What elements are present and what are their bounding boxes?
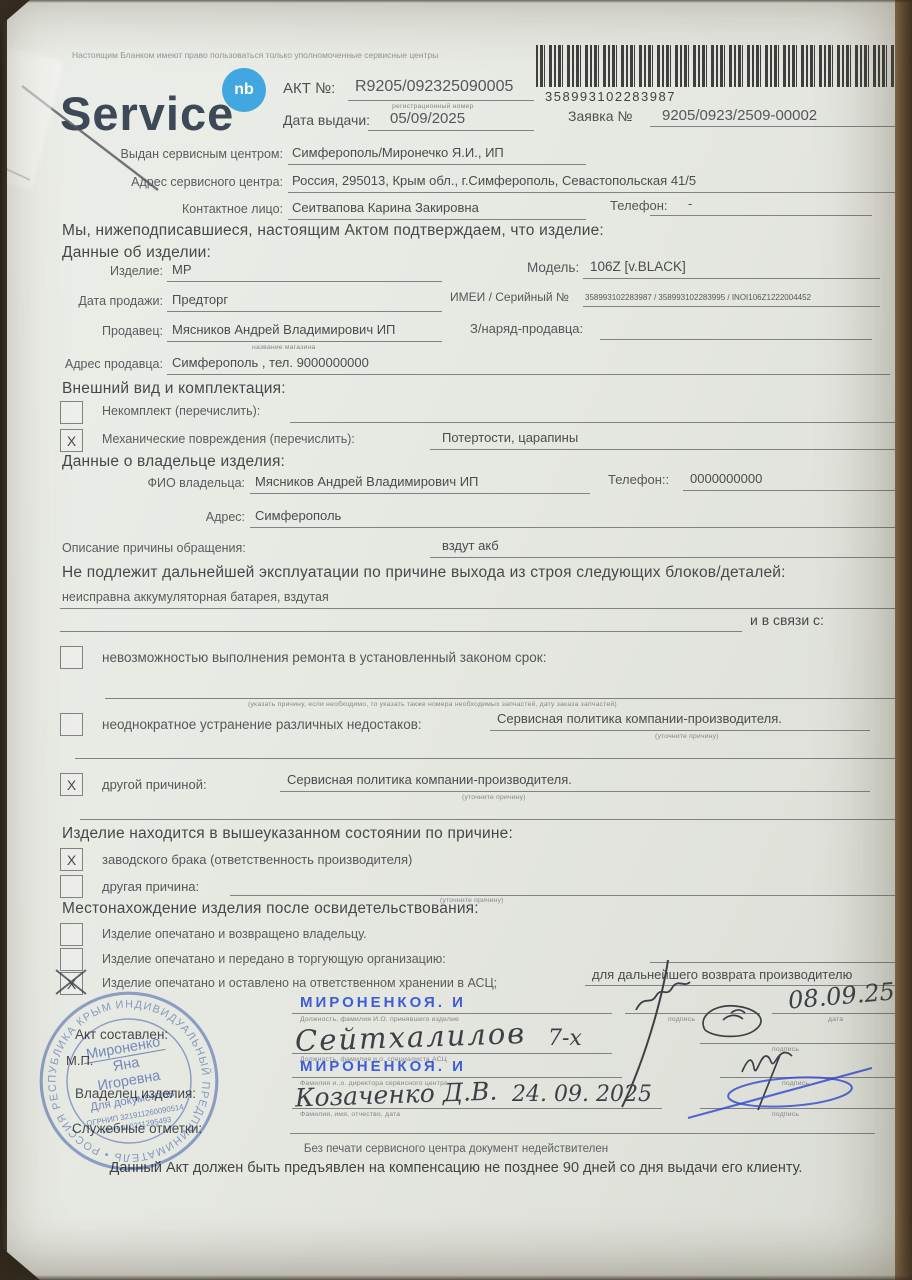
owner-address-label: Адрес: <box>195 510 245 524</box>
checkbox-mark: X <box>67 777 76 793</box>
in-connection-label: и в связи с: <box>750 612 824 628</box>
factory-defect-label: заводского брака (ответственность произв… <box>102 852 412 867</box>
field-line <box>105 698 900 699</box>
sc-phone-value: - <box>688 196 692 211</box>
appearance-section-title: Внешний вид и комплектация: <box>62 380 286 398</box>
field-line <box>288 164 586 165</box>
service-logo: Service <box>60 86 234 141</box>
checkbox-repeated-defects <box>60 713 83 736</box>
damage-label: Механические повреждения (перечислить): <box>102 432 355 446</box>
sc-phone-label: Телефон: <box>610 198 668 213</box>
sign-sublabel: подпись <box>772 1046 799 1053</box>
photo-corner-top-left <box>0 0 30 26</box>
usage-notice: Настоящим Бланком имеют право пользовать… <box>72 50 438 60</box>
sign-sublabel: подпись <box>772 1111 799 1118</box>
seller-address-label: Адрес продавца: <box>60 357 163 371</box>
signature-line <box>700 1043 900 1044</box>
other-cause-label: другая причина: <box>102 879 199 894</box>
repeated-value: Сервисная политика компании-производител… <box>497 711 782 726</box>
barcode-number: 358993102283987 <box>545 89 676 104</box>
specialist-extra-handwritten: 7-х <box>548 1026 582 1051</box>
signature-director <box>742 1053 792 1072</box>
field-line <box>75 758 900 759</box>
transferred-label: Изделие опечатано и передано в торгующую… <box>102 952 446 966</box>
impossible-sublabel: (указать причину, если необходимо, то ук… <box>248 701 617 708</box>
field-line <box>650 962 900 963</box>
product-section-title: Данные об изделии: <box>62 244 211 262</box>
director-name-handwritten: МИРОНЕНКОЯ. И <box>300 1058 466 1075</box>
checkbox-returned-owner <box>60 923 83 946</box>
field-line <box>280 791 870 792</box>
checkbox-mark: X <box>67 852 76 868</box>
statement-text: Мы, нижеподписавшиеся, настоящим Актом п… <box>62 222 604 240</box>
field-line <box>288 192 900 193</box>
state-cause-title: Изделие находится в вышеуказанном состоя… <box>62 825 513 843</box>
seller-value: Мясников Андрей Владимирович ИП <box>172 322 395 337</box>
receiver-name-handwritten: МИРОНЕНКОЯ. И <box>300 994 466 1011</box>
stored-note: для дальнейшего возврата производителю <box>592 967 852 982</box>
barcode <box>536 45 904 87</box>
field-line <box>288 219 586 220</box>
checkbox-factory-defect: X <box>60 848 83 871</box>
seller-sublabel: название магазина <box>252 344 315 351</box>
signature-receiver <box>636 982 690 1010</box>
field-line <box>167 311 442 312</box>
checkbox-other-reason: X <box>60 773 83 796</box>
returned-label: Изделие опечатано и возвращено владельцу… <box>102 927 367 941</box>
photo-edge-bottom <box>0 1275 912 1280</box>
signature-specialist <box>703 1006 761 1037</box>
photo-corner-bottom-left <box>0 1246 40 1280</box>
photo-edge-left <box>0 0 7 1280</box>
reason-value: вздут акб <box>442 538 499 553</box>
repeated-label: неоднократное устранение различных недос… <box>102 717 422 732</box>
sale-date-label: Дата продажи: <box>70 294 163 308</box>
model-value: 106Z [v.BLACK] <box>590 259 686 274</box>
field-line <box>167 281 442 282</box>
checkbox-mark: X <box>67 433 76 449</box>
field-line <box>583 278 880 279</box>
location-title: Местонахождение изделия после освидетель… <box>62 900 479 918</box>
other-reason-label: другой причиной: <box>102 777 207 792</box>
fault-description: неисправна аккумуляторная батарея, вздут… <box>62 590 329 604</box>
sign-sublabel: подпись <box>668 1016 695 1023</box>
checkbox-mark: X <box>67 976 76 992</box>
date-sublabel: дата <box>828 1016 843 1023</box>
round-stamp: ИНДИВИДУАЛЬНЫЙ ПРЕДПРИНИМАТЕЛЬ • РОССИЯ … <box>21 973 236 1188</box>
akt-number-sublabel: регистрационный номер <box>392 103 473 110</box>
other-reason-value: Сервисная политика компании-производител… <box>287 772 572 787</box>
checkbox-mechanical-damage: X <box>60 429 83 452</box>
unusable-title: Не подлежит дальнейшей эксплуатации по п… <box>62 564 786 582</box>
photo-edge-right <box>895 0 912 1280</box>
owner-name-label: ФИО владельца: <box>140 476 245 490</box>
signature-line <box>292 1013 612 1014</box>
owner-address-value: Симферополь <box>255 508 341 523</box>
owner-sublabel: Фамилия, имя, отчество, дата <box>300 1111 400 1118</box>
field-line <box>490 730 870 731</box>
signature-line <box>700 1108 900 1109</box>
akt-number-value: R9205/092325090005 <box>355 78 513 96</box>
field-line <box>583 306 880 307</box>
signature-line <box>625 1013 760 1014</box>
sc-address-value: Россия, 295013, Крым обл., г.Симферополь… <box>292 173 696 188</box>
request-number-label: Заявка № <box>568 108 632 124</box>
contact-person-label: Контактное лицо: <box>95 202 283 216</box>
field-line <box>167 341 442 342</box>
clarify-sublabel: (уточните причину) <box>462 794 526 801</box>
damage-value: Потертости, царапины <box>442 430 578 445</box>
photo-edge-top <box>0 0 912 3</box>
scanned-document-photo: Настоящим Бланком имеют право пользовать… <box>0 0 912 1280</box>
sc-address-label: Адрес сервисного центра: <box>95 175 283 189</box>
item-value: MP <box>172 262 192 277</box>
issue-date-value: 05/09/2025 <box>390 110 465 127</box>
sale-date-value: Предторг <box>172 292 228 307</box>
owner-phone-label: Телефон:: <box>608 472 669 487</box>
field-line <box>600 339 872 340</box>
specialist-signature-handwritten: Сейтхалилов <box>294 1016 526 1058</box>
signature-line <box>292 1108 662 1109</box>
owner-section-title: Данные о владельце изделия: <box>62 453 285 471</box>
field-line <box>348 100 534 101</box>
issued-by-value: Симферополь/Миронечко Я.И., ИП <box>292 145 504 160</box>
reason-label: Описание причины обращения: <box>62 541 246 555</box>
checkbox-incomplete <box>60 401 83 424</box>
owner-phone-value: 0000000000 <box>690 471 762 486</box>
imei-label: ИМЕИ / Серийный № <box>450 290 569 304</box>
field-line <box>368 130 534 131</box>
field-line <box>230 895 900 896</box>
tape-patch <box>0 46 63 188</box>
clarify-sublabel: (уточните причину) <box>655 733 719 740</box>
issued-by-label: Выдан сервисным центром: <box>95 147 283 161</box>
signature-line <box>292 1053 612 1054</box>
akt-number-label: АКТ №: <box>283 80 335 97</box>
signature-line <box>772 1013 900 1014</box>
owner-name-value: Мясников Андрей Владимирович ИП <box>255 474 478 489</box>
checkbox-transferred-org <box>60 948 83 971</box>
signature-line <box>720 1077 900 1078</box>
field-line <box>650 126 902 127</box>
seller-label: Продавец: <box>85 324 163 338</box>
seller-address-value: Симферополь , тел. 9000000000 <box>172 355 369 370</box>
field-line <box>683 490 895 491</box>
signature-stroke <box>758 1055 780 1110</box>
issue-date-label: Дата выдачи: <box>283 112 370 128</box>
checkbox-impossible-repair <box>60 646 83 669</box>
field-line <box>430 449 900 450</box>
field-line <box>650 215 872 216</box>
field-line <box>80 819 900 820</box>
impossible-label: невозможностью выполнения ремонта в уста… <box>102 650 546 665</box>
field-line <box>250 527 898 528</box>
contact-person-value: Сеитвапова Карина Закировна <box>292 200 479 215</box>
incomplete-label: Некомплект (перечислить): <box>102 404 260 418</box>
request-number-value: 9205/0923/2509-00002 <box>662 107 817 124</box>
model-label: Модель: <box>527 260 579 275</box>
work-order-label: З/наряд-продавца: <box>470 321 583 336</box>
owner-signature-date: 24. 09. 2025 <box>512 1082 652 1107</box>
sign-sublabel: подпись <box>782 1080 809 1087</box>
field-line <box>60 608 900 609</box>
date-handwritten: 08.09.25 <box>787 977 896 1014</box>
checkbox-stored-asc: X <box>60 972 83 995</box>
field-line <box>430 557 898 558</box>
checkbox-other-cause <box>60 875 83 898</box>
field-line <box>290 422 900 423</box>
field-line <box>250 493 590 494</box>
field-line <box>60 631 742 632</box>
item-label: Изделие: <box>95 264 163 278</box>
field-line <box>167 374 890 375</box>
nb-logo-badge: nb <box>222 68 266 112</box>
field-line <box>290 1133 875 1134</box>
imei-value: 358993102283987 / 358993102283995 / INOI… <box>585 293 811 302</box>
